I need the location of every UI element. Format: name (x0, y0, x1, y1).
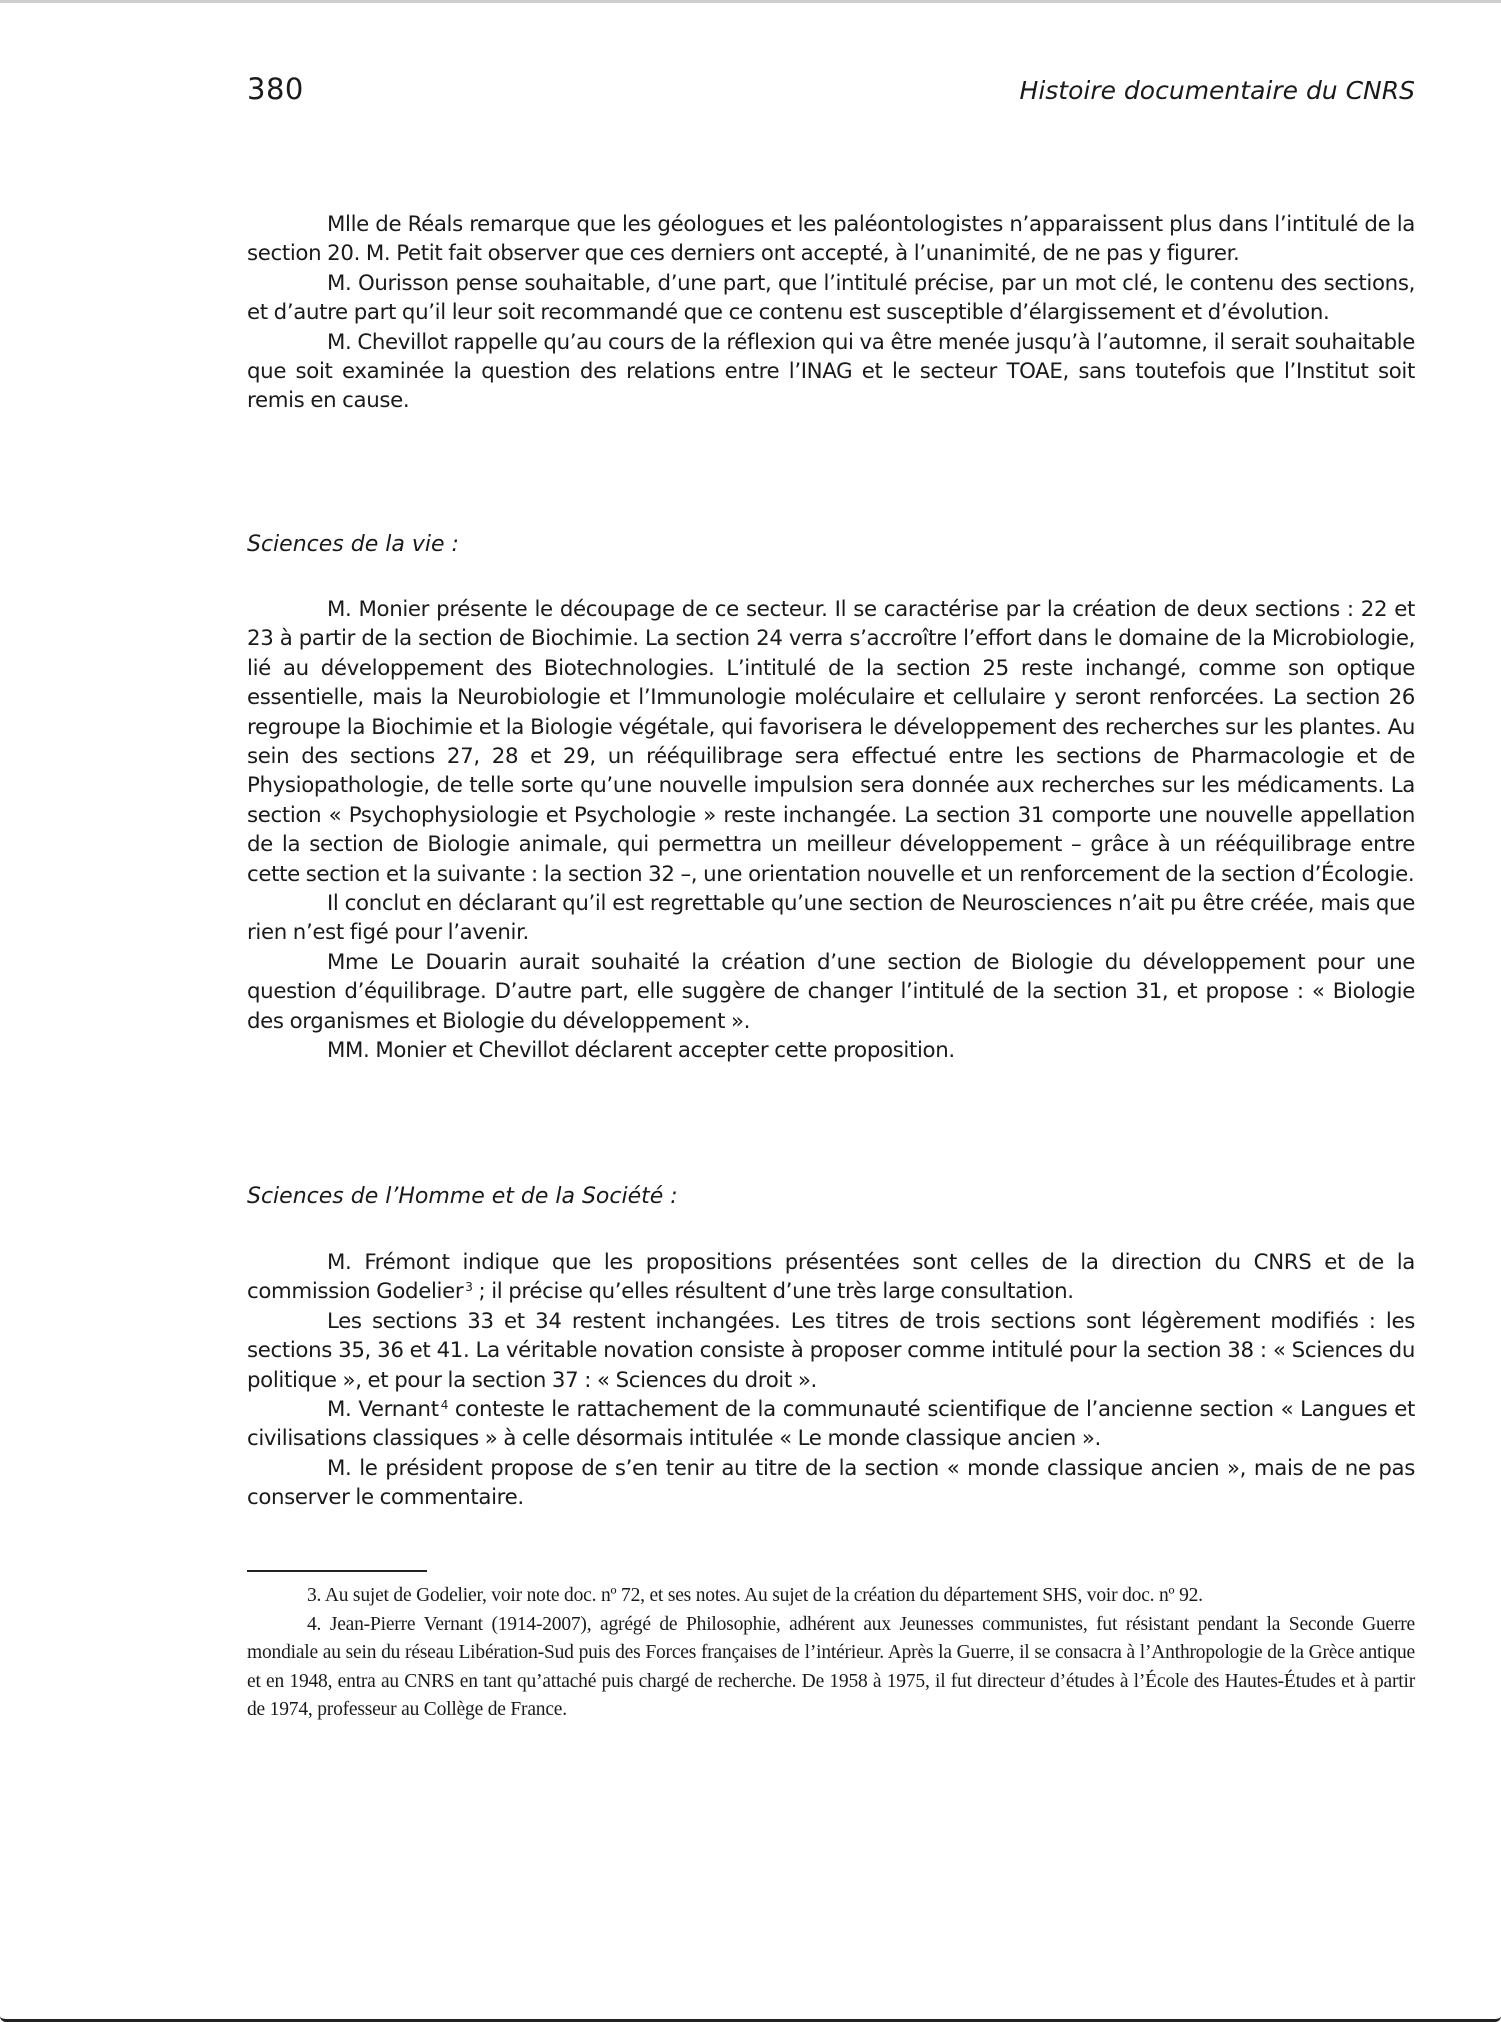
section-heading: Sciences de l’Homme et de la Société : (247, 1184, 1415, 1209)
book-page: 380 Histoire documentaire du CNRS Mlle d… (247, 72, 1415, 112)
paragraph: Mme Le Douarin aurait souhaité la créati… (247, 948, 1415, 1036)
sciences-vie-block: M. Monier présente le découpage de ce se… (247, 595, 1415, 1066)
scan-edge-bottom (0, 2005, 1501, 2022)
paragraph: M. Vernant4 conteste le rattachement de … (247, 1395, 1415, 1454)
footnote-ref-3[interactable]: 3 (465, 1280, 472, 1294)
footnote-3: 3. Au sujet de Godelier, voir note doc. … (247, 1582, 1415, 1611)
footnote-ref-4[interactable]: 4 (441, 1398, 448, 1412)
section-heading-vie: Sciences de la vie : (247, 532, 1415, 557)
paragraph: M. Chevillot rappelle qu’au cours de la … (247, 328, 1415, 416)
footnote-4: 4. Jean-Pierre Vernant (1914-2007), agré… (247, 1611, 1415, 1725)
footnote-rule (247, 1570, 427, 1572)
footnotes: 3. Au sujet de Godelier, voir note doc. … (247, 1582, 1415, 1725)
section-heading: Sciences de la vie : (247, 532, 1415, 557)
section-heading-homme: Sciences de l’Homme et de la Société : (247, 1184, 1415, 1209)
footnote-divider (247, 1570, 1415, 1572)
paragraph: M. Ourisson pense souhaitable, d’une par… (247, 269, 1415, 328)
paragraph: Mlle de Réals remarque que les géologues… (247, 210, 1415, 269)
intro-block: Mlle de Réals remarque que les géologues… (247, 210, 1415, 416)
running-title: Histoire documentaire du CNRS (1020, 76, 1415, 105)
sciences-homme-block: M. Frémont indique que les propositions … (247, 1248, 1415, 1513)
paragraph: M. Frémont indique que les propositions … (247, 1248, 1415, 1307)
page-number: 380 (247, 72, 304, 106)
scan-edge-top (0, 0, 1501, 3)
paragraph: MM. Monier et Chevillot déclarent accept… (247, 1036, 1415, 1065)
paragraph: M. le président propose de s’en tenir au… (247, 1454, 1415, 1513)
paragraph: Il conclut en déclarant qu’il est regret… (247, 889, 1415, 948)
paragraph: Les sections 33 et 34 restent inchangées… (247, 1307, 1415, 1395)
running-head: 380 Histoire documentaire du CNRS (247, 72, 1415, 112)
paragraph: M. Monier présente le découpage de ce se… (247, 595, 1415, 889)
